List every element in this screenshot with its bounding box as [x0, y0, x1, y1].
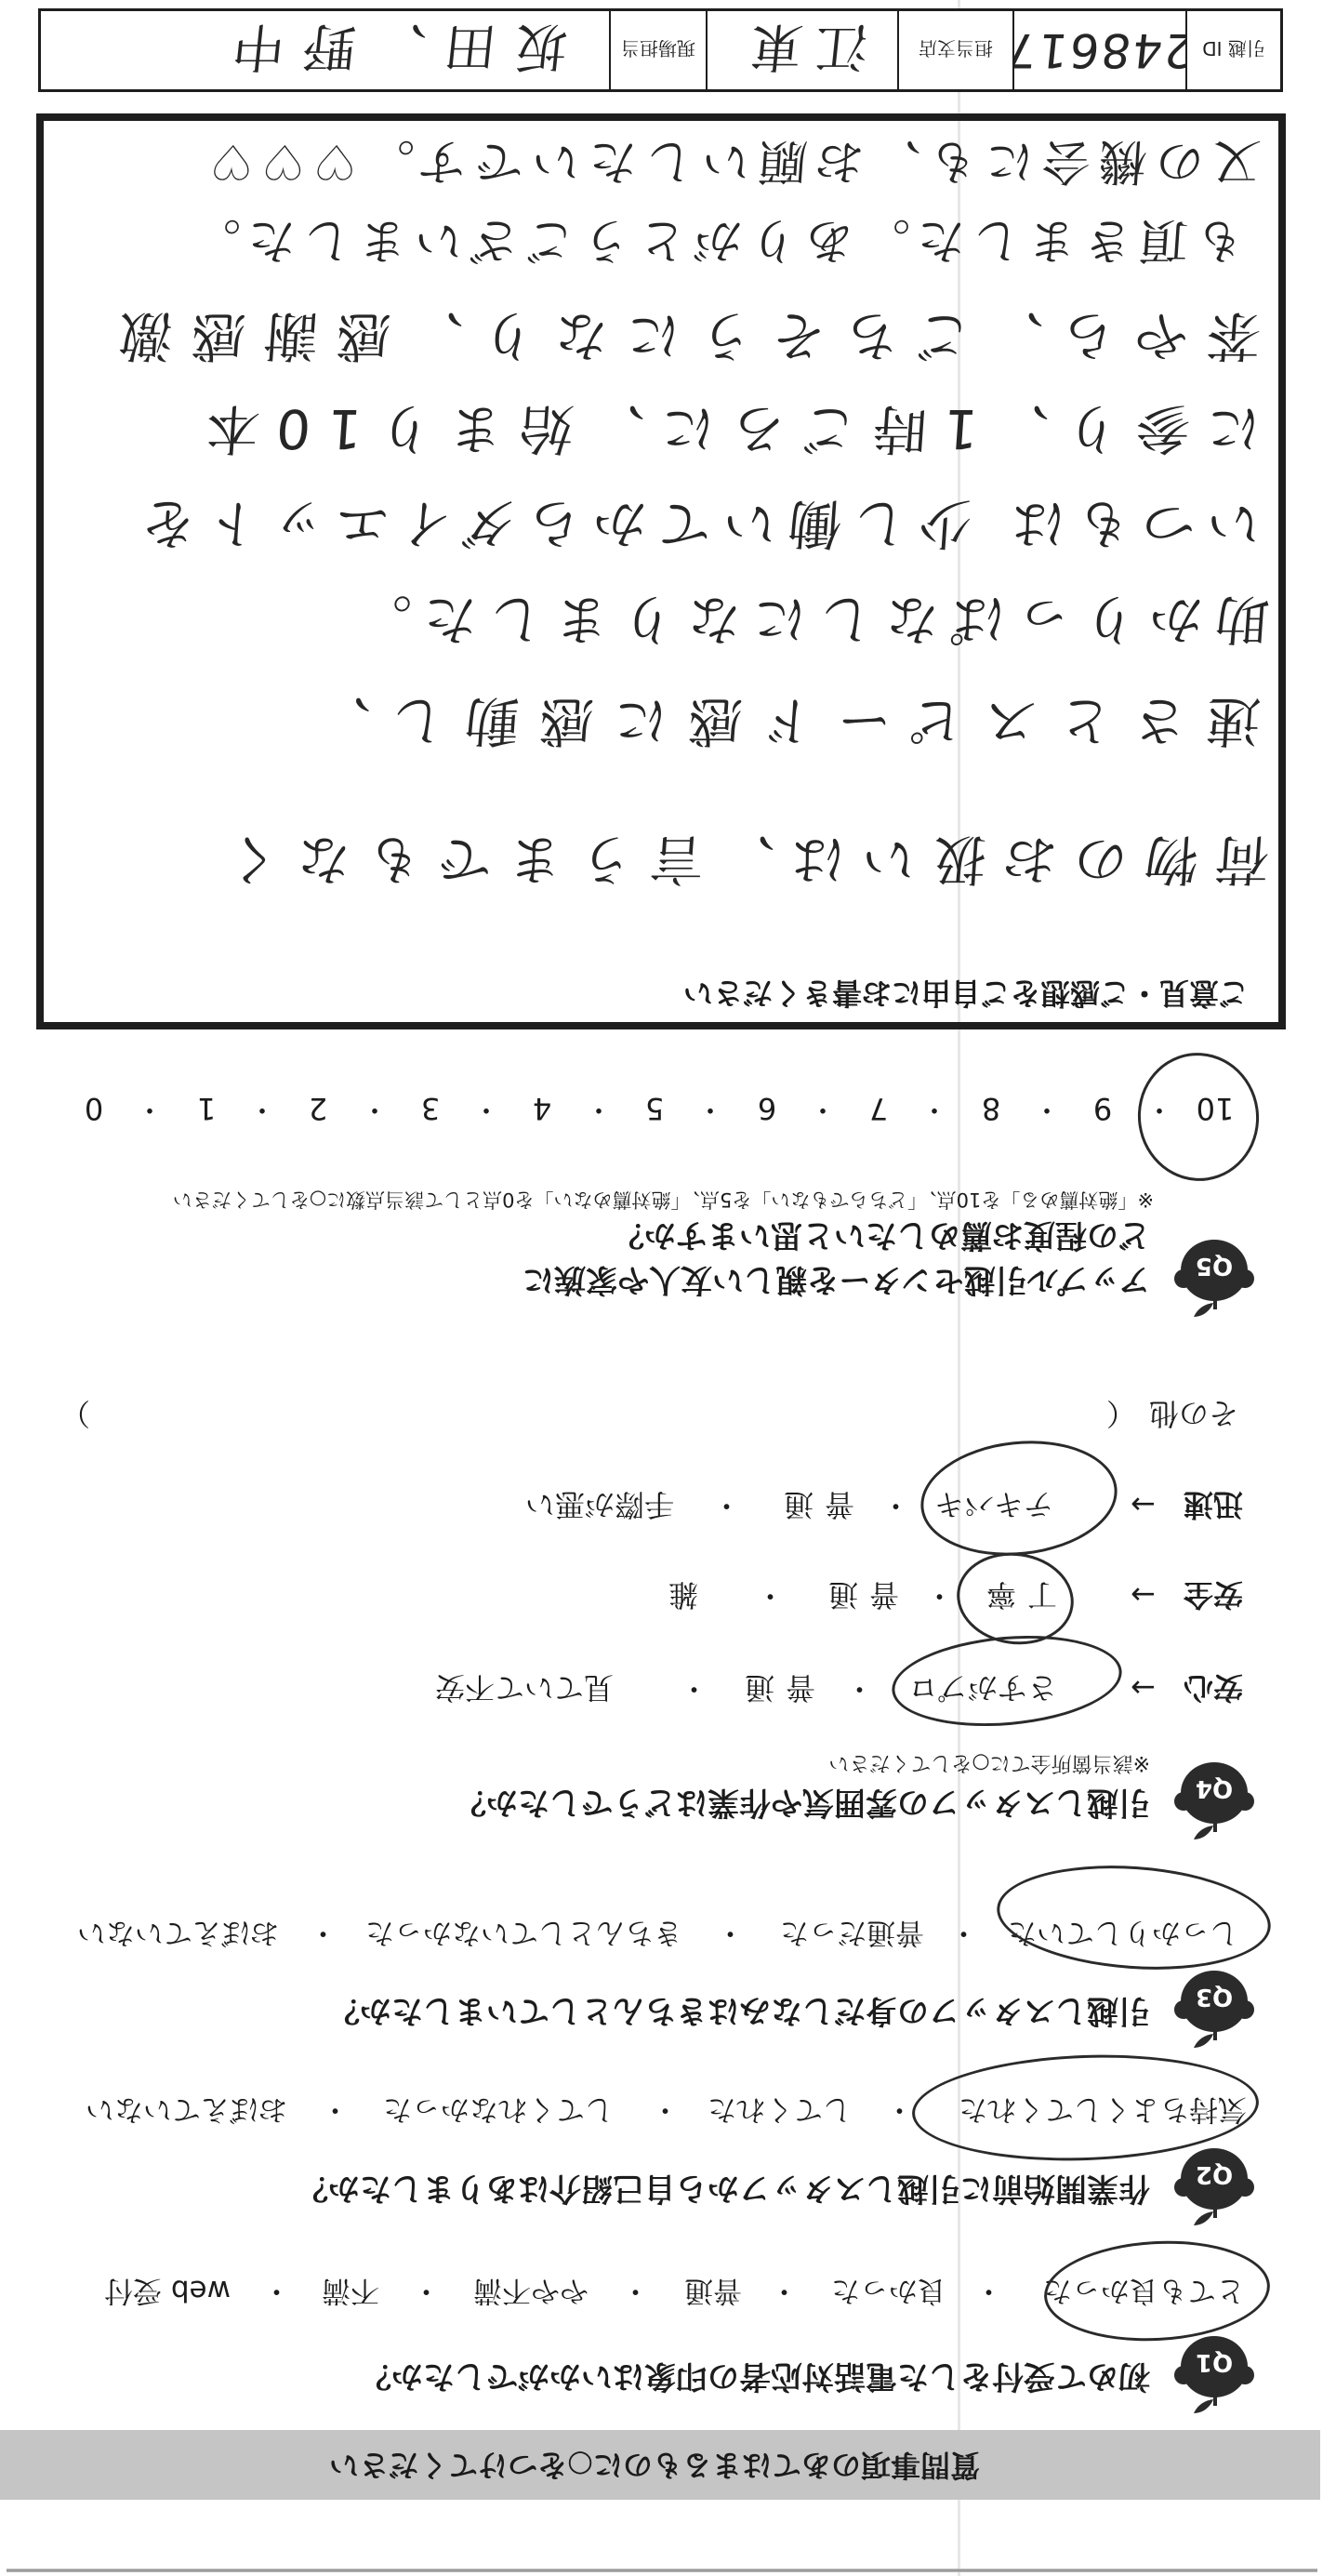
- q3-option-average: 普通だった: [780, 1916, 924, 1949]
- q4-row-label-safety: 安全: [1184, 1576, 1243, 1613]
- q3-option-dont-remember: おぼえていない: [77, 1916, 279, 1949]
- apple-q2-badge-icon: Q2: [1171, 2146, 1257, 2232]
- q4-safety-option-rough: 雑: [668, 1576, 698, 1613]
- handwritten-comment-line: 助かりっぱなしになりました。: [343, 587, 1272, 652]
- q4-note: ※該当箇所全てに○をしてください: [828, 1750, 1150, 1774]
- survey-form-page: 質問事項のあてはまるものに○をつけてください Q1 初めて受付をした電話対応者の…: [0, 0, 1336, 2576]
- comment-box-label: ご意見・ご感想をご自由にお書きください: [683, 976, 1249, 1011]
- separator: ・: [916, 1090, 953, 1127]
- instruction-text: 質問事項のあてはまるものに○をつけてください: [329, 2430, 980, 2500]
- handwritten-comment-line: 茶やら、ごちそうになり、感謝感激: [99, 303, 1263, 368]
- move-id-label: 引越 ID: [1202, 37, 1265, 64]
- staff-info-table: 引越 ID 248617 担当支店 江東 現場担当 坂田、野中: [38, 8, 1283, 92]
- q3-handdrawn-circle: [994, 1857, 1275, 1978]
- separator: ・: [950, 1916, 978, 1949]
- apple-q1-badge-icon: Q1: [1171, 2334, 1257, 2420]
- q1-question: 初めて受付をした電話対応者の印象はいかがでしたか？: [360, 2357, 1150, 2395]
- move-id-label-cell: 引越 ID: [1185, 11, 1280, 89]
- q5-note: ※「絶対薦める」を10点、「どちらでもない」を5点、「絶対薦めない」を0点として…: [173, 1188, 1154, 1212]
- q4-other-label: その他: [1149, 1395, 1238, 1432]
- q4-safety-option-average: 普通: [817, 1576, 899, 1613]
- q4-speed-option-clumsy: 手際が悪い: [525, 1486, 674, 1523]
- separator: ・: [1028, 1090, 1065, 1127]
- q2-badge-label: Q2: [1196, 2160, 1233, 2188]
- scale-value-4: 4: [514, 1090, 570, 1127]
- handwritten-comment-line: いつもは 少し働いてからダイエットを: [128, 491, 1263, 556]
- q2-option-dont-remember: おぼえていない: [86, 2092, 287, 2126]
- q3-question: 引越しスタッフの身だしなみはきちんとしていましたか？: [328, 1992, 1150, 2029]
- apple-q3-badge-icon: Q3: [1171, 1969, 1257, 2054]
- separator: ・: [713, 1488, 741, 1521]
- scale-value-1: 1: [179, 1090, 234, 1127]
- arrow-right-icon: →: [1131, 1576, 1156, 1613]
- arrow-right-icon: →: [1131, 1669, 1156, 1706]
- field-staff-value-cell: 坂田、野中: [41, 11, 609, 89]
- q1-handdrawn-circle: [1041, 2236, 1272, 2347]
- q4-other-close-paren: ）: [60, 1395, 90, 1432]
- q1-option-somewhat-dissatisfied: やや不満: [473, 2274, 589, 2307]
- q4-row-label-speed: 迅速: [1184, 1486, 1243, 1523]
- separator: ・: [692, 1090, 729, 1127]
- q4-row-label-reassurance: 安心: [1184, 1669, 1243, 1706]
- instruction-bar: 質問事項のあてはまるものに○をつけてください: [0, 2430, 1320, 2500]
- q5-badge-label: Q5: [1196, 1252, 1233, 1280]
- separator: ・: [580, 1090, 617, 1127]
- q4-question: 引越しスタッフの雰囲気や作業はどうでしたか？: [455, 1784, 1150, 1821]
- q2-question: 作業開始前に引越しスタッフから自己紹介はありましたか？: [297, 2170, 1150, 2207]
- q2-option-no: してくれなかった: [383, 2092, 614, 2126]
- separator: ・: [622, 2274, 650, 2307]
- separator: ・: [244, 1090, 281, 1127]
- branch-label: 担当支店: [919, 37, 993, 64]
- separator: ・: [926, 1578, 954, 1612]
- q5-question-line2: どの程度お薦めしたいと思いますか？: [613, 1216, 1150, 1254]
- handwritten-comment-line: も頂きました。ありがとうございました。: [182, 207, 1247, 272]
- q4-speed-handdrawn-circle: [915, 1431, 1123, 1564]
- separator: ・: [975, 2274, 1003, 2307]
- separator: ・: [131, 1090, 168, 1127]
- handwritten-comment-line: に参り、1時ごろに、始まり10本: [187, 396, 1263, 461]
- branch-value: 江東: [734, 13, 871, 87]
- scale-value-2: 2: [290, 1090, 346, 1127]
- q1-option-average: 普通: [684, 2274, 742, 2307]
- separator: ・: [413, 2274, 441, 2307]
- scale-value-5: 5: [627, 1090, 682, 1127]
- apple-q5-badge-icon: Q5: [1171, 1238, 1257, 1323]
- scale-value-6: 6: [739, 1090, 795, 1127]
- scale-value-8: 8: [963, 1090, 1019, 1127]
- field-staff-label-cell: 現場担当: [609, 11, 706, 89]
- separator: ・: [886, 2092, 914, 2126]
- separator: ・: [468, 1090, 505, 1127]
- separator: ・: [771, 2274, 799, 2307]
- separator: ・: [356, 1090, 393, 1127]
- move-id-value: 248617: [1012, 23, 1185, 77]
- q3-option-not-neat: きちんとしていなかった: [365, 1916, 682, 1949]
- q1-badge-label: Q1: [1196, 2348, 1233, 2376]
- arrow-right-icon: →: [1131, 1486, 1156, 1523]
- q4-safety-handdrawn-circle: [951, 1546, 1079, 1653]
- scale-value-3: 3: [403, 1090, 458, 1127]
- q2-option-yes: してくれた: [708, 2092, 852, 2126]
- handwritten-comment-line: 速さとスピード感に感動し、: [294, 688, 1263, 753]
- separator: ・: [882, 1488, 910, 1521]
- q5-handdrawn-circle: [1130, 1045, 1267, 1189]
- page-edge-shadow: [7, 2569, 1317, 2572]
- separator: ・: [322, 2092, 350, 2126]
- separator: ・: [652, 2092, 680, 2126]
- field-staff-value: 坂田、野中: [210, 13, 571, 87]
- handwritten-comment-line: 荷物のお扱いは、言うまでもなく: [207, 827, 1272, 892]
- separator: ・: [263, 2274, 291, 2307]
- scale-value-7: 7: [851, 1090, 906, 1127]
- apple-q4-badge-icon: Q4: [1171, 1760, 1257, 1846]
- separator: ・: [310, 1916, 337, 1949]
- q4-other-open-paren: （: [1106, 1395, 1136, 1432]
- separator: ・: [846, 1671, 874, 1705]
- separator: ・: [681, 1671, 708, 1705]
- q4-speed-option-average: 普通: [773, 1486, 854, 1523]
- branch-label-cell: 担当支店: [897, 11, 1012, 89]
- q4-reassurance-option-anxious: 見ていて不安: [435, 1669, 614, 1706]
- q1-option-web: web 受付: [104, 2274, 231, 2307]
- separator: ・: [717, 1916, 745, 1949]
- field-staff-label: 現場担当: [621, 37, 695, 64]
- move-id-value-cell: 248617: [1012, 11, 1185, 89]
- q1-option-good: 良かった: [831, 2274, 946, 2307]
- separator: ・: [757, 1578, 785, 1612]
- separator: ・: [804, 1090, 841, 1127]
- q5-question-line1: アップル引越センターを親しい友人や家族に: [522, 1261, 1150, 1298]
- scale-value-9: 9: [1075, 1090, 1131, 1127]
- q3-badge-label: Q3: [1196, 1983, 1233, 2011]
- q1-option-dissatisfied: 不満: [322, 2274, 379, 2307]
- branch-value-cell: 江東: [706, 11, 897, 89]
- scale-value-0: 0: [66, 1090, 122, 1127]
- handwritten-comment-line: 又の機会にも、お願いしたいです。♡♡♡: [200, 128, 1263, 193]
- q4-badge-label: Q4: [1196, 1774, 1233, 1802]
- q4-reassurance-option-average: 普通: [734, 1669, 815, 1706]
